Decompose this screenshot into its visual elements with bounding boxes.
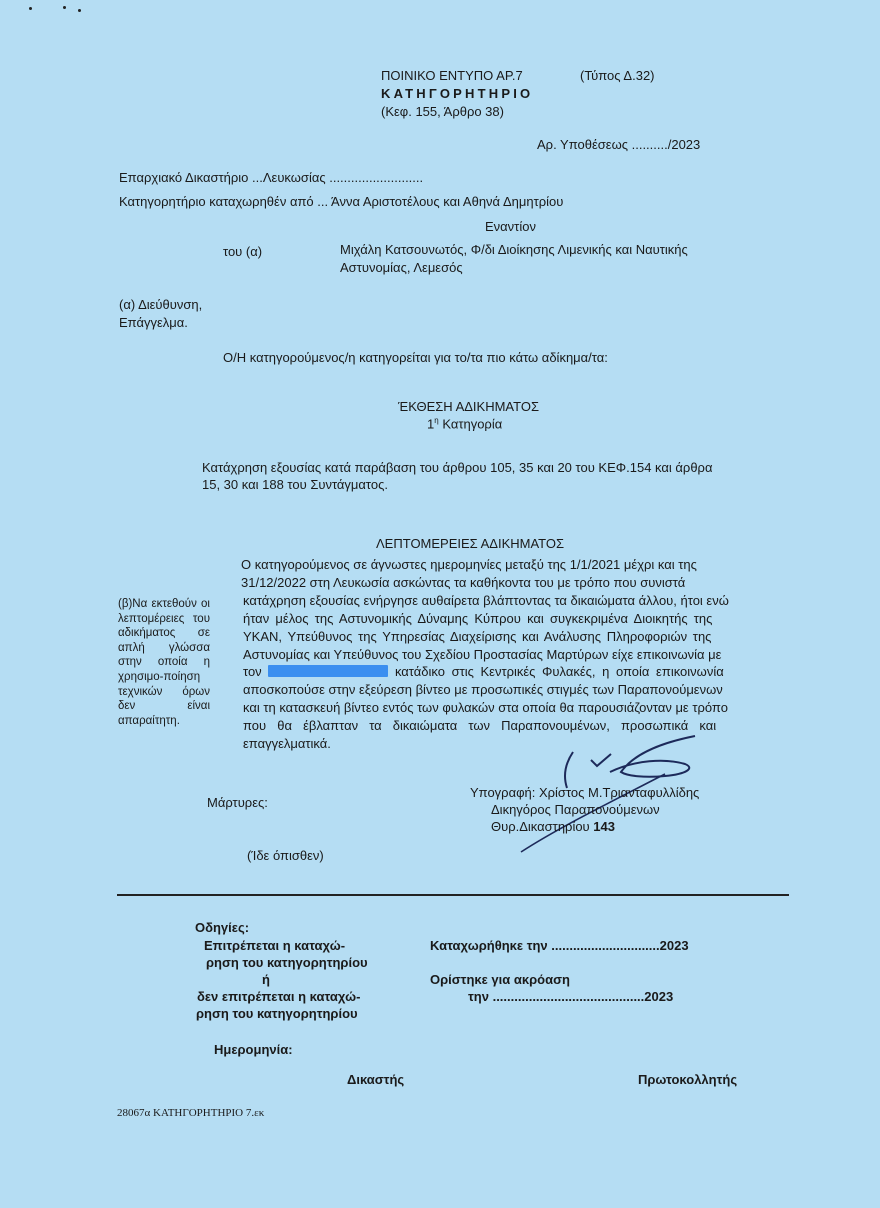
case-number: Αρ. Υποθέσεως ........../2023 bbox=[537, 137, 700, 152]
details-line: Αστυνομίας και Υπεύθυνος του Σχεδίου Προ… bbox=[241, 646, 781, 664]
category-text: Κατηγορία bbox=[442, 416, 502, 431]
document-title: ΚΑΤΗΓΟΡΗΤΗΡΙΟ bbox=[381, 86, 533, 101]
details-line: κατάχρηση εξουσίας ενήργησε αυθαίρετα βλ… bbox=[241, 592, 781, 610]
signer-role: Δικηγόρος Παραπονούμενων bbox=[491, 802, 660, 817]
category-label: 1η Κατηγορία bbox=[427, 416, 502, 431]
signer-line: Υπογραφή: Χρίστος Μ.Τριανταφυλλίδης bbox=[470, 785, 699, 800]
address-label-1: (α) Διεύθυνση, bbox=[119, 297, 202, 312]
details-line: 31/12/2022 στη Λευκωσία ασκώντας τα καθή… bbox=[241, 574, 781, 592]
instructions-label: Οδηγίες: bbox=[195, 920, 249, 935]
details-line: Ο κατηγορούμενος σε άγνωστες ημερομηνίες… bbox=[241, 556, 781, 574]
court-box-label: Θυρ.Δικαστηρίου bbox=[491, 819, 590, 834]
court-box-number: 143 bbox=[593, 819, 615, 834]
instruction-line: ρηση του κατηγορητηρίου bbox=[206, 955, 368, 970]
details-line: τον κατάδικο στις Κεντρικές Φυλακές, η ο… bbox=[241, 663, 781, 681]
details-line: και τη κατασκευή βίντεο εντός των φυλακώ… bbox=[241, 699, 781, 717]
charge-statement-2: 15, 30 και 188 του Συντάγματος. bbox=[202, 477, 388, 492]
details-line7-prefix: τον bbox=[243, 664, 262, 679]
registered-date: Καταχωρήθηκε την .......................… bbox=[430, 938, 689, 953]
redacted-name bbox=[268, 665, 388, 677]
details-line: ΥΚΑΝ, Υπεύθυνος της Υπηρεσίας Διαχείριση… bbox=[241, 628, 781, 646]
filed-by: Κατηγορητήριο καταχωρηθέν από ... Άννα Α… bbox=[119, 194, 563, 209]
date-label: Ημερομηνία: bbox=[214, 1042, 293, 1057]
legal-reference: (Κεφ. 155, Άρθρο 38) bbox=[381, 104, 504, 119]
signature-scribble bbox=[515, 730, 715, 870]
instruction-line: Επιτρέπεται η καταχώ- bbox=[204, 938, 345, 953]
details-line: ήταν μέλος της Αστυνομικής Δύναμης Κύπρο… bbox=[241, 610, 781, 628]
instruction-line: δεν επιτρέπεται η καταχώ- bbox=[197, 989, 360, 1004]
registrar-label: Πρωτοκολλητής bbox=[638, 1072, 737, 1087]
court-box: Θυρ.Δικαστηρίου 143 bbox=[491, 819, 615, 834]
details-line: αποσκοπούσε στην εξεύρεση βίντεο με προσ… bbox=[241, 681, 781, 699]
court-line: Επαρχιακό Δικαστήριο ...Λευκωσίας ......… bbox=[119, 170, 423, 185]
hearing-label: Ορίστηκε για ακρόαση bbox=[430, 972, 570, 987]
judge-label: Δικαστής bbox=[347, 1072, 404, 1087]
charge-statement-1: Κατάχρηση εξουσίας κατά παράβαση του άρθ… bbox=[202, 460, 712, 475]
form-type: (Τύπος Δ.32) bbox=[580, 68, 655, 83]
form-title: ΠΟΙΝΙΚΟ ΕΝΤΥΠΟ ΑΡ.7 bbox=[381, 68, 523, 83]
details-heading: ΛΕΠΤΟΜΕΡΕΙΕΣ ΑΔΙΚΗΜΑΤΟΣ bbox=[376, 536, 564, 551]
defendant-location: Αστυνομίας, Λεμεσός bbox=[340, 260, 463, 275]
hearing-date: την ....................................… bbox=[468, 989, 673, 1004]
defendant-name: Μιχάλη Κατσουνωτός, Φ/δι Διοίκησης Λιμεν… bbox=[340, 242, 688, 257]
witnesses-label: Μάρτυρες: bbox=[207, 795, 268, 810]
details-line7-suffix: κατάδικο στις Κεντρικές Φυλακές, η οποία… bbox=[395, 664, 724, 679]
address-label-2: Επάγγελμα. bbox=[119, 315, 188, 330]
details-body: Ο κατηγορούμενος σε άγνωστες ημερομηνίες… bbox=[241, 556, 781, 753]
divider-line bbox=[117, 894, 789, 896]
defendant-label: του (α) bbox=[223, 244, 262, 259]
charge-intro: Ο/Η κατηγορούμενος/η κατηγορείται για το… bbox=[223, 350, 608, 365]
category-superscript: η bbox=[434, 416, 438, 425]
against-label: Εναντίον bbox=[485, 219, 536, 234]
see-overleaf: (Ίδε όπισθεν) bbox=[247, 848, 324, 863]
report-heading: ΈΚΘΕΣΗ ΑΔΙΚΗΜΑΤΟΣ bbox=[398, 399, 539, 414]
instruction-line: ρηση του κατηγορητηρίου bbox=[196, 1006, 358, 1021]
form-code: 28067α ΚΑΤΗΓΟΡΗΤΗΡΙΟ 7.εκ bbox=[117, 1107, 264, 1119]
details-sidenote: (β)Να εκτεθούν οι λεπτομέρειες του αδική… bbox=[118, 597, 210, 728]
instruction-or: ή bbox=[262, 972, 270, 987]
